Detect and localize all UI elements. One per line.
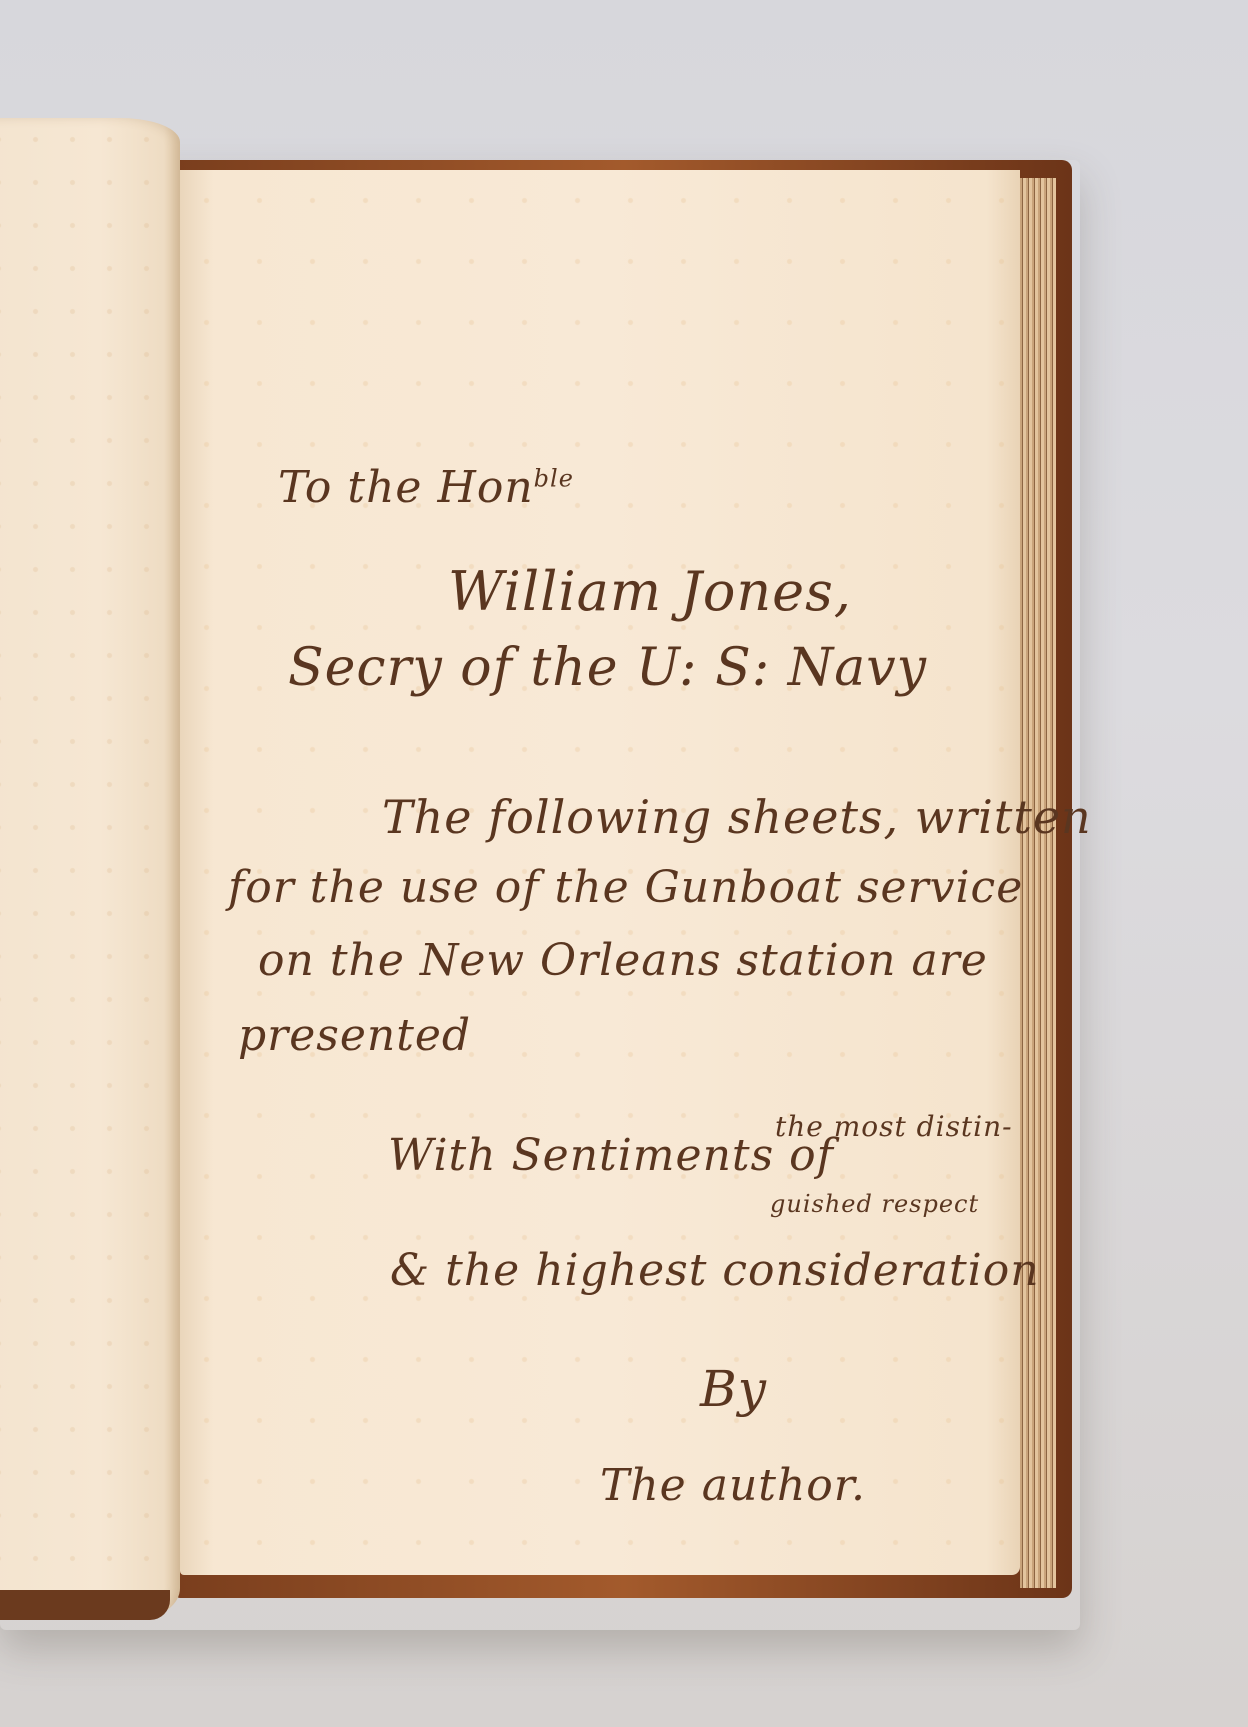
inscription-recipient-title: Secry of the U: S: Navy [288,638,927,698]
inscription-signature: The author. [600,1460,866,1511]
inscription-line-8: With Sentiments of [388,1130,834,1181]
inscription-line-5: for the use of the Gunboat service [228,862,1023,913]
inscription-line-4: The following sheets, written [382,790,1092,844]
inscription-insert-below: guished respect [770,1190,979,1218]
page-edges [1020,178,1056,1588]
inscription-line-7: presented [238,1010,471,1061]
inscription-line-6: on the New Orleans station are [258,935,988,986]
inscription-insert: the most distin- [775,1110,1013,1143]
inscription-line-9: & the highest consideration [390,1245,1040,1296]
left-page [0,118,180,1618]
inscription-recipient-name: William Jones, [448,560,852,623]
inscription-line-1: To the Honble [278,462,574,513]
foxing [0,118,180,1618]
inscription-by: By [700,1360,767,1418]
left-cover-edge [0,1590,170,1620]
